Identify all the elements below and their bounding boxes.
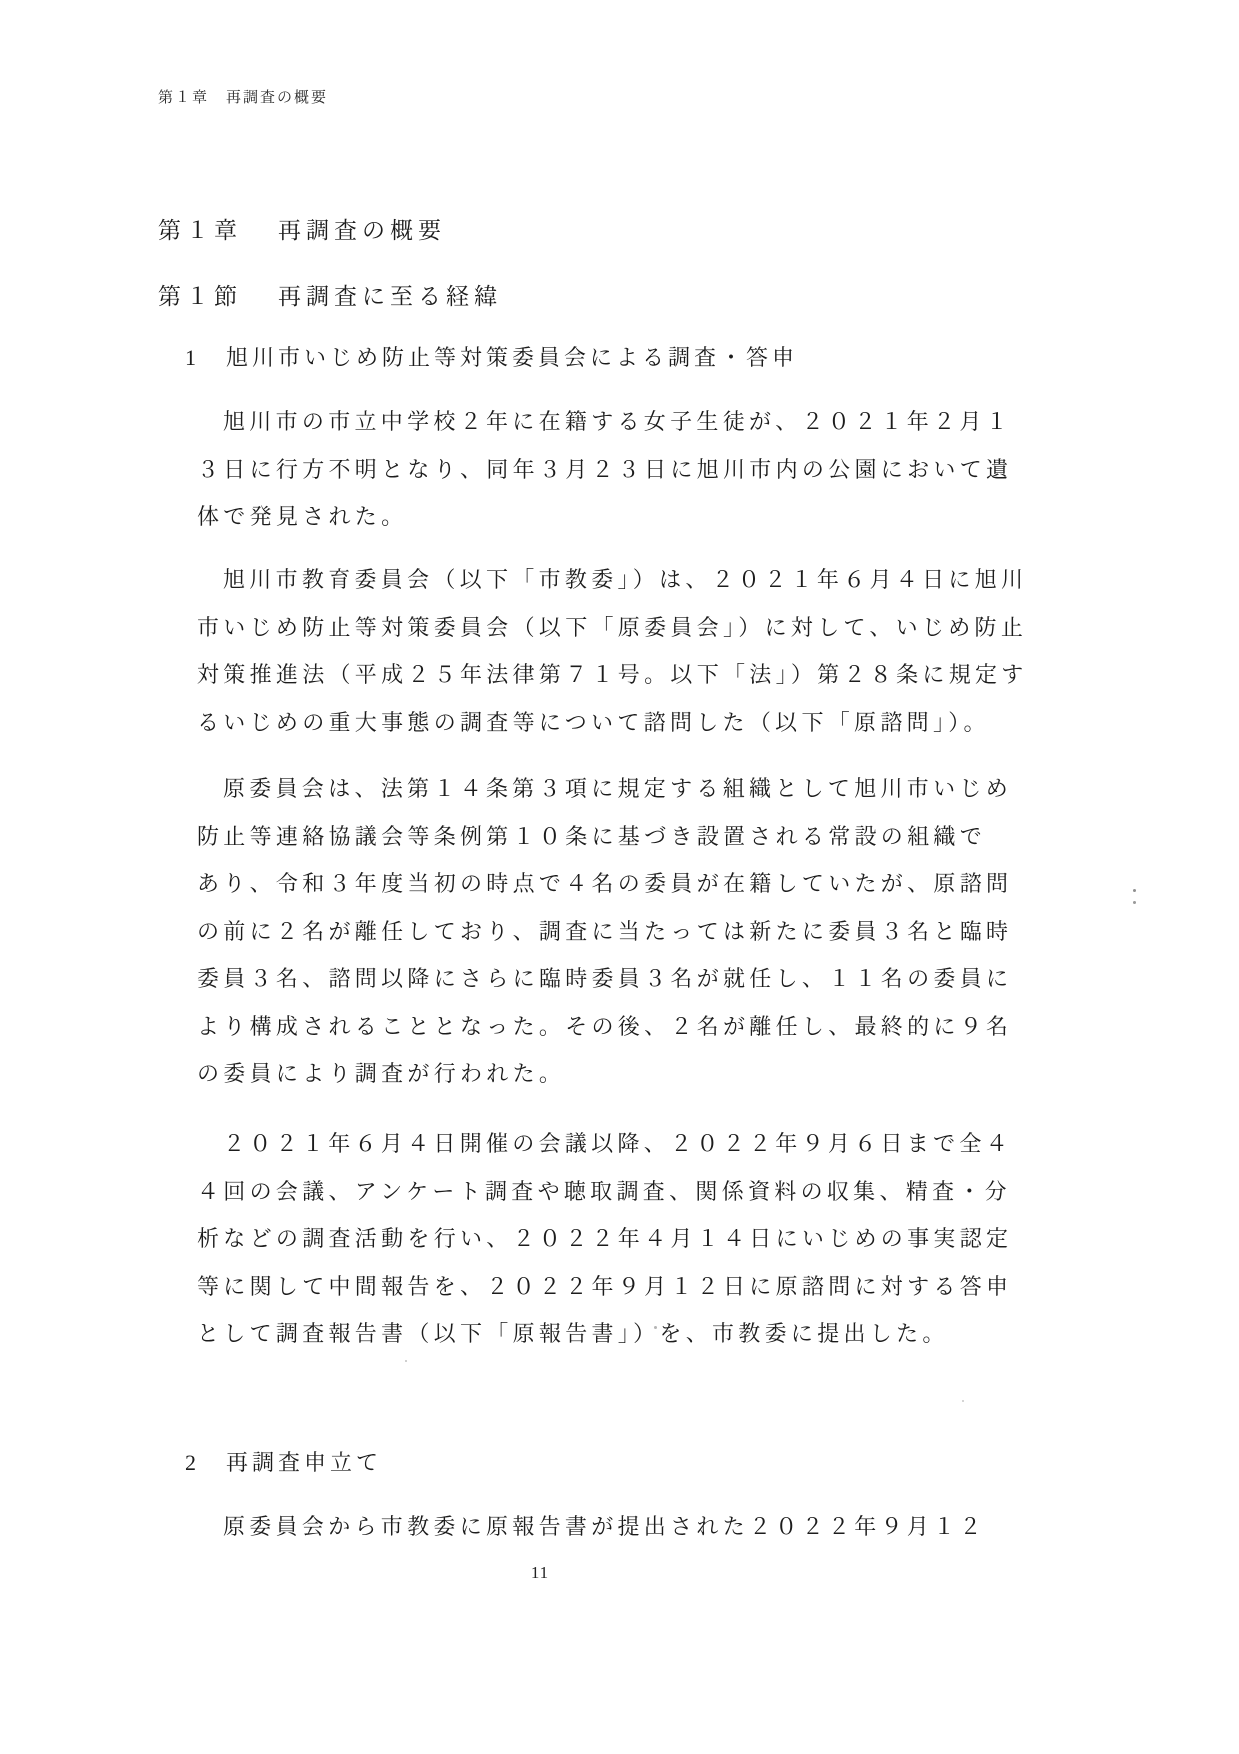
document-page: 第１章 再調査の概要 第１章再調査の概要 第１節再調査に至る経緯 1旭川市いじめ… [0,0,1239,1754]
text-line: るいじめの重大事態の調査等について諮問した（以下「原諮問」）。 [197,699,1028,747]
paragraph-3: 原委員会は、法第１４条第３項に規定する組織として旭川市いじめ 防止等連絡協議会等… [197,765,1012,1098]
scan-artifact [654,1326,657,1329]
item-2-title: 再調査申立て [226,1450,382,1475]
scan-artifact [405,1360,407,1362]
text-line: の委員により調査が行われた。 [197,1050,1012,1098]
item-2-number: 2 [185,1450,200,1475]
numbered-item-2: 2再調査申立て [185,1446,382,1477]
paragraph-2: 旭川市教育委員会（以下「市教委」）は、２０２１年６月４日に旭川 市いじめ防止等対… [197,556,1028,746]
text-line: 対策推進法（平成２５年法律第７１号。以下「法」）第２８条に規定す [197,651,1028,699]
scan-artifact [962,1400,964,1402]
numbered-item-1: 1旭川市いじめ防止等対策委員会による調査・答申 [185,341,798,372]
text-line: 原委員会は、法第１４条第３項に規定する組織として旭川市いじめ [197,765,1012,813]
text-line: あり、令和３年度当初の時点で４名の委員が在籍していたが、原諮問 [197,860,1012,908]
paragraph-1: 旭川市の市立中学校２年に在籍する女子生徒が、２０２１年２月１ ３日に行方不明とな… [197,398,1012,541]
section-number: 第１節 [158,284,242,309]
chapter-title: 再調査の概要 [278,218,446,243]
running-header: 第１章 再調査の概要 [158,86,328,107]
text-line: 旭川市の市立中学校２年に在籍する女子生徒が、２０２１年２月１ [197,398,1012,446]
scan-artifact [1133,901,1136,904]
text-line: 委員３名、諮問以降にさらに臨時委員３名が就任し、１１名の委員に [197,955,1012,1003]
text-line: 市いじめ防止等対策委員会（以下「原委員会」）に対して、いじめ防止 [197,604,1028,652]
text-line: ３日に行方不明となり、同年３月２３日に旭川市内の公園において遺 [197,446,1012,494]
text-line: 等に関して中間報告を、２０２２年９月１２日に原諮問に対する答申 [197,1263,1012,1311]
item-1-title: 旭川市いじめ防止等対策委員会による調査・答申 [226,345,798,370]
text-line: として調査報告書（以下「原報告書」）を、市教委に提出した。 [197,1310,1012,1358]
text-line: 旭川市教育委員会（以下「市教委」）は、２０２１年６月４日に旭川 [197,556,1028,604]
text-line: より構成されることとなった。その後、２名が離任し、最終的に９名 [197,1003,1012,1051]
item-1-number: 1 [185,345,200,370]
chapter-heading: 第１章再調査の概要 [158,212,446,245]
scan-artifact [1133,889,1136,892]
text-line: 析などの調査活動を行い、２０２２年４月１４日にいじめの事実認定 [197,1215,1012,1263]
section-title: 再調査に至る経緯 [278,284,502,309]
text-line: ２０２１年６月４日開催の会議以降、２０２２年９月６日まで全４ [197,1120,1012,1168]
text-line: の前に２名が離任しており、調査に当たっては新たに委員３名と臨時 [197,908,1012,956]
text-line: 原委員会から市教委に原報告書が提出された２０２２年９月１２ [197,1503,986,1551]
chapter-number: 第１章 [158,218,242,243]
section-heading: 第１節再調査に至る経緯 [158,278,502,311]
page-number: 11 [505,1563,575,1583]
paragraph-5: 原委員会から市教委に原報告書が提出された２０２２年９月１２ [197,1503,986,1551]
paragraph-4: ２０２１年６月４日開催の会議以降、２０２２年９月６日まで全４ ４回の会議、アンケ… [197,1120,1012,1358]
text-line: ４回の会議、アンケート調査や聴取調査、関係資料の収集、精査・分 [197,1168,1012,1216]
text-line: 防止等連絡協議会等条例第１０条に基づき設置される常設の組織で [197,813,1012,861]
text-line: 体で発見された。 [197,493,1012,541]
